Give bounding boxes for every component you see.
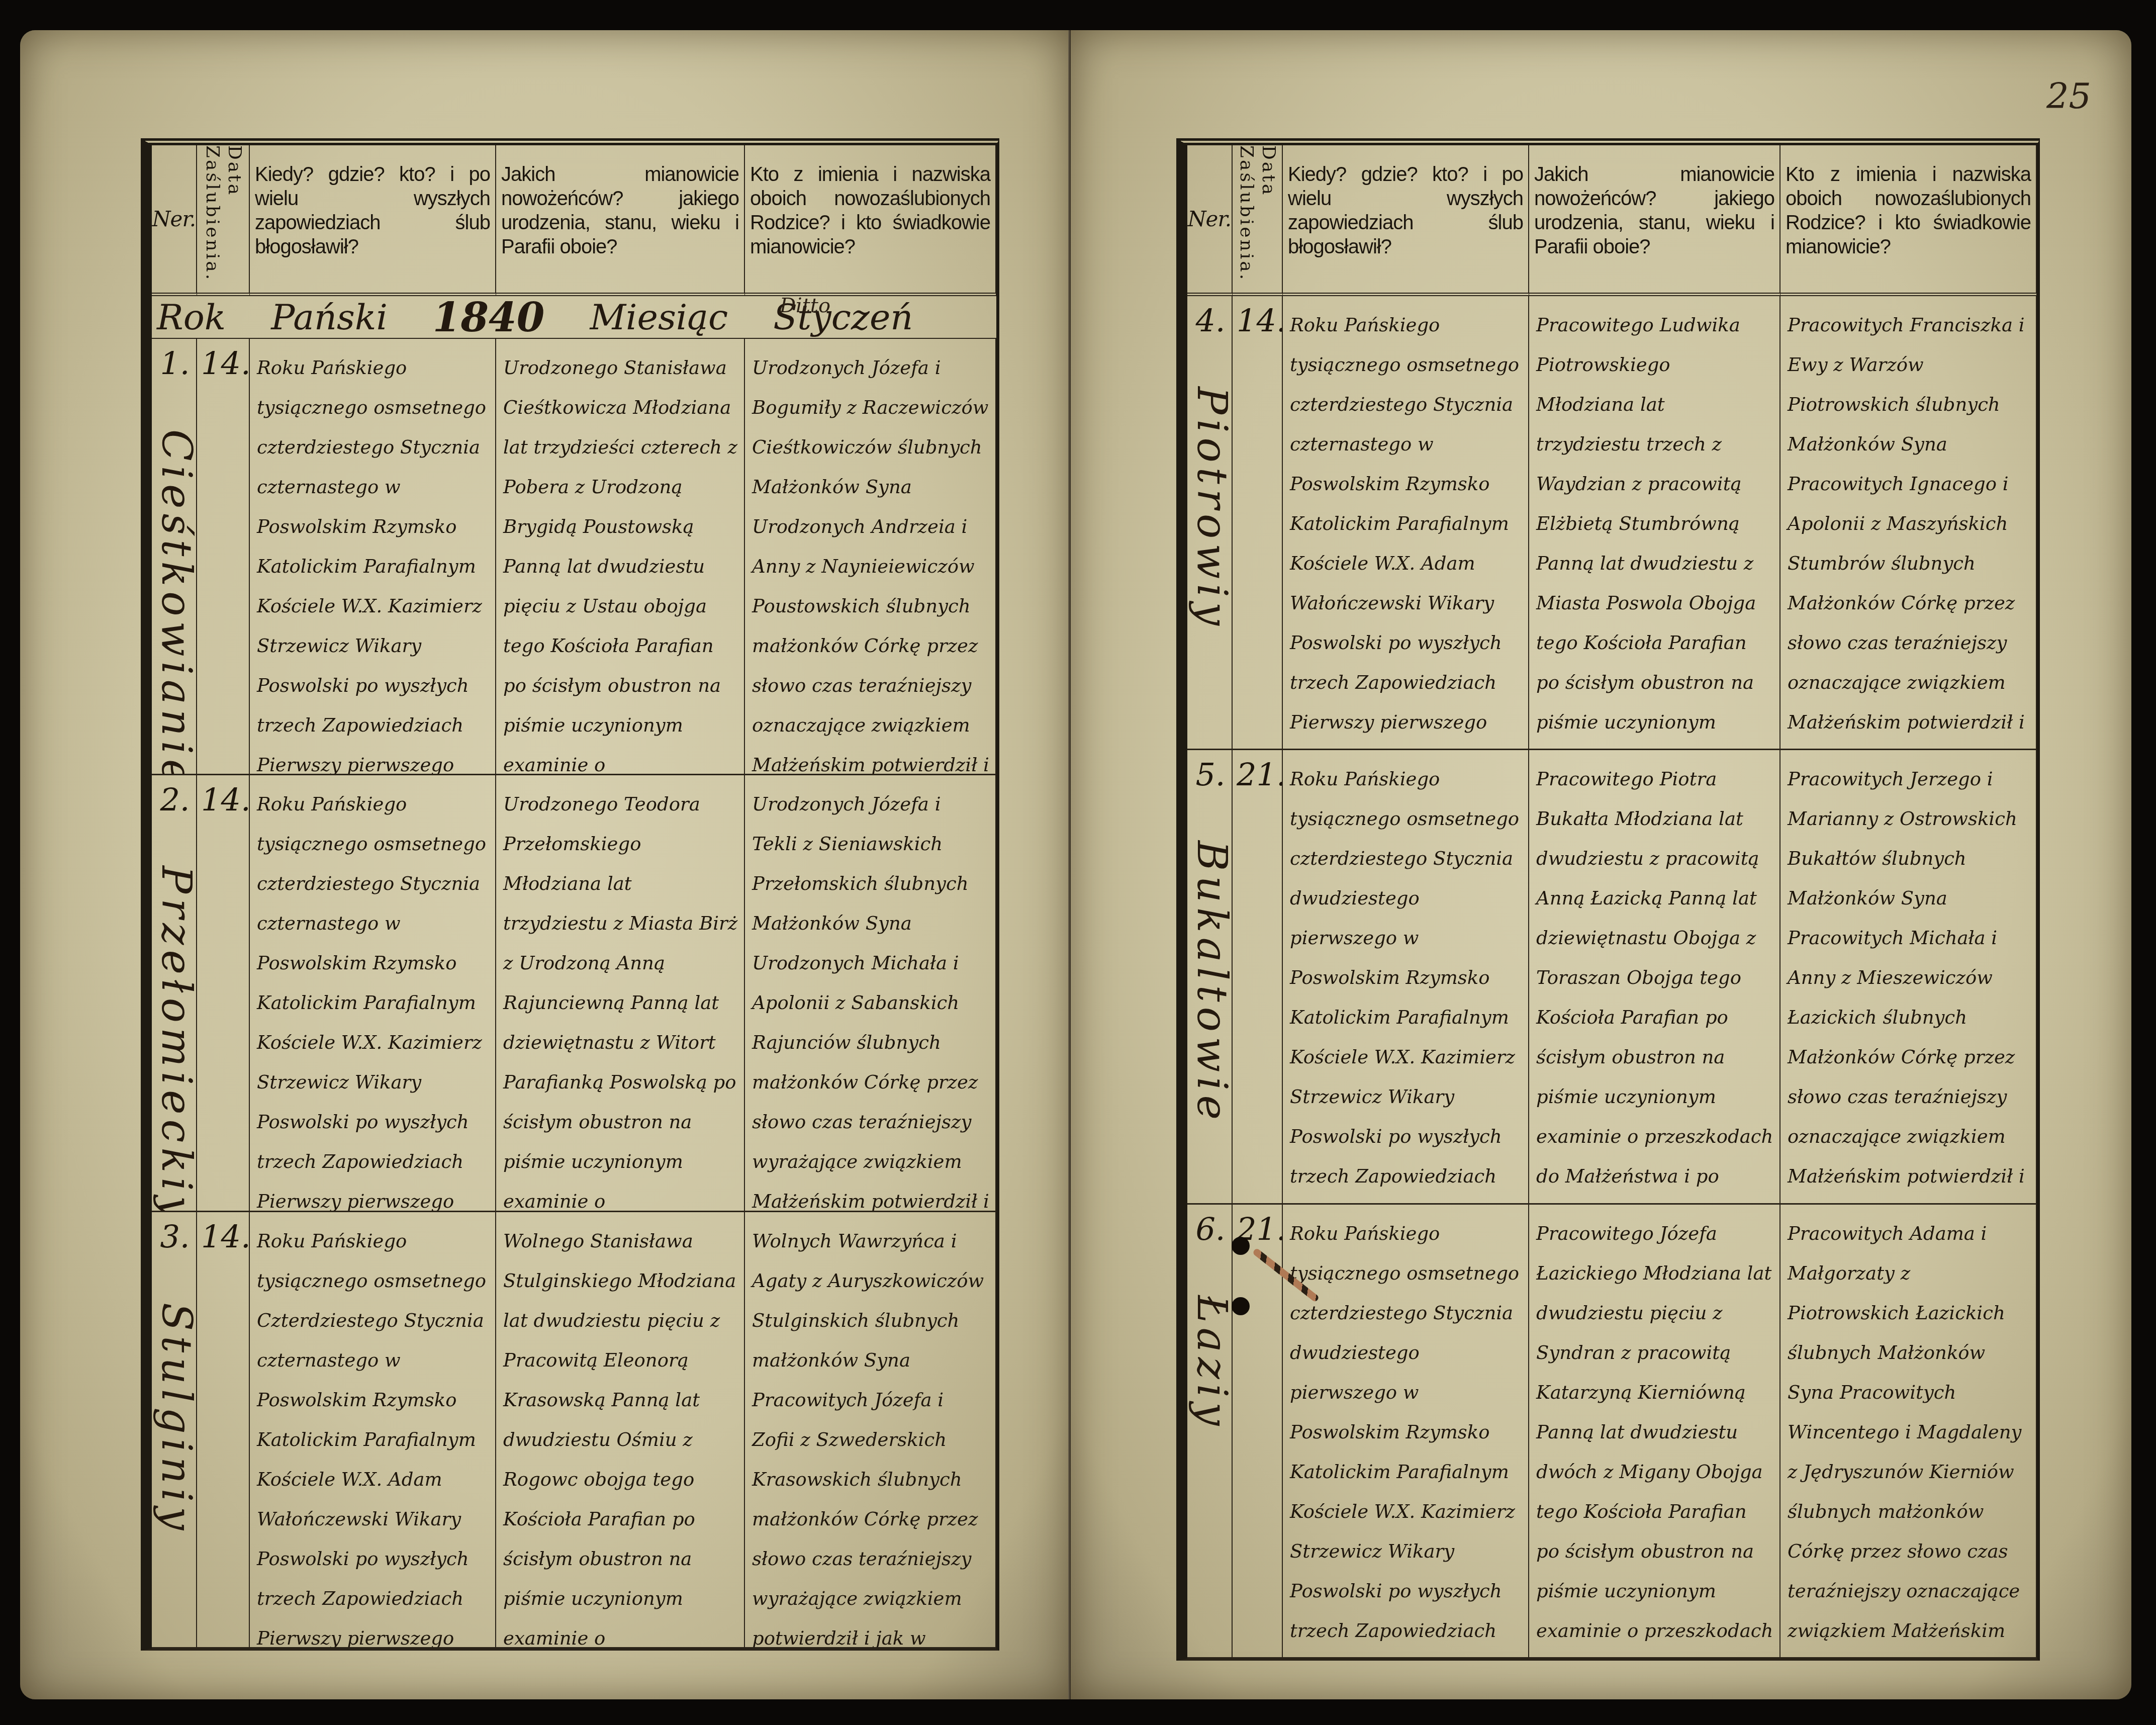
entry-number-cell: 1. Cieśtkowianie <box>152 339 197 775</box>
binding-hole-icon <box>1232 1237 1250 1255</box>
entry-parents-text: Pracowitych Franciszka i Ewy z Warzów Pi… <box>1780 296 2037 750</box>
margin-surname: Stulginiy <box>156 1303 196 1535</box>
year-row: Rok Pański 1840 Miesiąc Styczeń Ditto <box>152 296 996 339</box>
year-row-panski: Pański <box>271 297 388 338</box>
page-number: 25 <box>2046 75 2091 117</box>
margin-surname: Bukaltowie <box>1191 841 1232 1125</box>
entry-number: 2. <box>156 782 194 818</box>
entry-couple-text: Urodzonego Stanisława Cieśtkowicza Młodz… <box>496 339 745 775</box>
entry-couple-text: Wolnego Stanisława Stulginskiego Młodzia… <box>496 1212 745 1649</box>
register-table-left: Ner. Data Zaślubienia. Kiedy? gdzie? kto… <box>141 138 999 1651</box>
entry-number-cell: 6. Łaziy <box>1187 1205 1233 1659</box>
entry-date: 14. <box>197 339 250 775</box>
entry-number: 4. <box>1191 303 1230 338</box>
entry-number-cell: 2. Przełomieckiy <box>152 775 197 1212</box>
header-nr: Ner. <box>152 145 197 296</box>
header-date-label: Data Zaślubienia. <box>1235 145 1279 293</box>
open-register-book: Ner. Data Zaślubienia. Kiedy? gdzie? kto… <box>20 20 2136 1709</box>
header-when: Kiedy? gdzie? kto? i po wielu wyszłych z… <box>250 145 496 296</box>
entry-number-cell: 5. Bukaltowie <box>1187 750 1233 1204</box>
header-parents: Kto z imienia i nazwiska oboich nowozaśl… <box>745 145 996 296</box>
header-date: Data Zaślubienia. <box>197 145 250 296</box>
entry-number: 6. <box>1191 1212 1230 1247</box>
entry-number: 5. <box>1191 757 1230 792</box>
header-date-label: Data Zaślubienia. <box>201 145 245 293</box>
entry-number: 3. <box>156 1219 194 1254</box>
entry-couple-text: Pracowitego Piotra Bukałta Młodziana lat… <box>1529 750 1780 1204</box>
entry-when-text: Roku Pańskiego tysiącznego osmsetnego cz… <box>1283 296 1529 750</box>
entry-when-text: Roku Pańskiego tysiącznego osmsetnego cz… <box>250 339 496 775</box>
entry-when-text: Roku Pańskiego tysiącznego osmsetnego cz… <box>250 775 496 1212</box>
entry-couple-text: Urodzonego Teodora Przełomskiego Młodzia… <box>496 775 745 1212</box>
register-table-right: Ner. Data Zaślubienia. Kiedy? gdzie? kto… <box>1176 138 2040 1661</box>
header-couple: Jakich mianowicie nowożeńców? jakiego ur… <box>496 145 745 296</box>
year-row-rok: Rok <box>157 297 226 338</box>
margin-surname: Piotrowiy <box>1191 387 1232 630</box>
entry-number-cell: 4. Piotrowiy <box>1187 296 1233 750</box>
header-parents: Kto z imienia i nazwiska oboich nowozaśl… <box>1780 145 2037 296</box>
entry-parents-text: Pracowitych Jerzego i Marianny z Ostrows… <box>1780 750 2037 1204</box>
year-value: 1840 <box>433 294 545 341</box>
entry-when-text: Roku Pańskiego tysiącznego osmsetnego Cz… <box>250 1212 496 1649</box>
entry-parents-text: Pracowitych Adama i Małgorzaty z Piotrow… <box>1780 1205 2037 1659</box>
entry-parents-text: Urodzonych Józefa i Tekli z Sieniawskich… <box>745 775 996 1212</box>
left-page: Ner. Data Zaślubienia. Kiedy? gdzie? kto… <box>20 30 1071 1699</box>
binding-hole-icon <box>1232 1297 1250 1315</box>
entry-date: 14. <box>197 1212 250 1649</box>
header-nr: Ner. <box>1187 145 1233 296</box>
entry-couple-text: Pracowitego Józefa Łazickiego Młodziana … <box>1529 1205 1780 1659</box>
entry-parents-text: Urodzonych Józefa i Bogumiły z Raczewicz… <box>745 339 996 775</box>
entry-couple-text: Pracowitego Ludwika Piotrowskiego Młodzi… <box>1529 296 1780 750</box>
entry-when-text: Roku Pańskiego tysiącznego osmsetnego cz… <box>1283 750 1529 1204</box>
year-row-miesiac: Miesiąc <box>590 297 728 338</box>
entry-number-cell: 3. Stulginiy <box>152 1212 197 1649</box>
header-date: Data Zaślubienia. <box>1233 145 1283 296</box>
header-when: Kiedy? gdzie? kto? i po wielu wyszłych z… <box>1283 145 1529 296</box>
entry-date: 21. <box>1233 1205 1283 1659</box>
entry-parents-text: Wolnych Wawrzyńca i Agaty z Auryszkowicz… <box>745 1212 996 1649</box>
entry-date: 21. <box>1233 750 1283 1204</box>
entry-date: 14. <box>197 775 250 1212</box>
entry-date: 14. <box>1233 296 1283 750</box>
margin-surname: Łaziy <box>1191 1295 1232 1431</box>
entry-when-text: Roku Pańskiego tysiącznego osmsetnego cz… <box>1283 1205 1529 1659</box>
right-page: 25 Ner. Data Zaślubienia. Kiedy? gdzie? … <box>1071 30 2131 1699</box>
margin-surname: Przełomieckiy <box>156 866 196 1212</box>
ditto-mark: Ditto <box>780 294 830 317</box>
margin-surname: Cieśtkowianie <box>156 429 196 775</box>
entry-number: 1. <box>156 346 194 381</box>
header-couple: Jakich mianowicie nowożeńców? jakiego ur… <box>1529 145 1780 296</box>
